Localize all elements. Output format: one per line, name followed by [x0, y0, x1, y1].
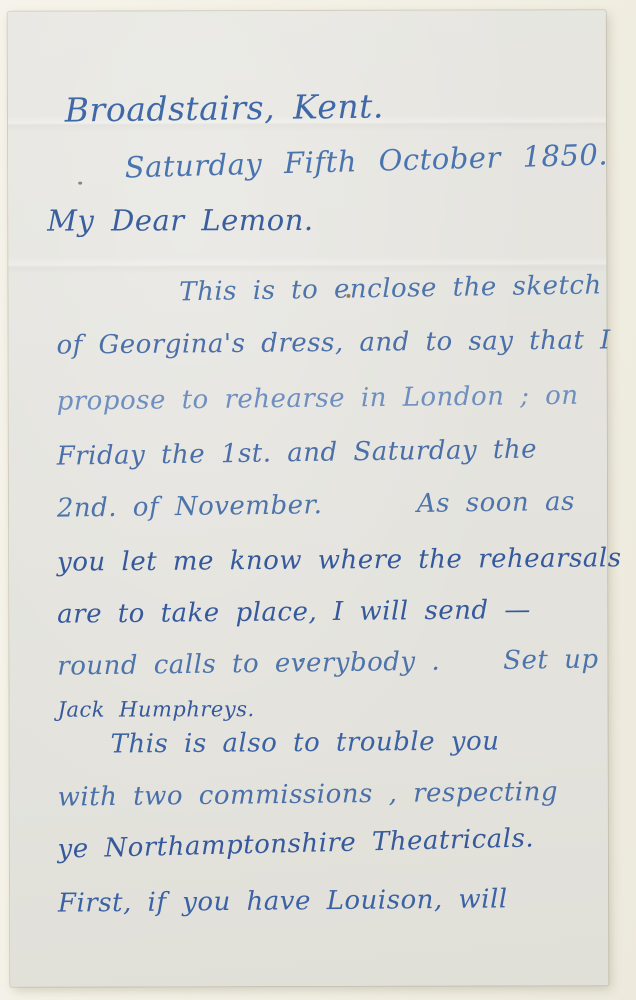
- letter-body-line: of Georgina's dress, and to say that I: [56, 325, 611, 360]
- letter-body-line: This is to enclose the sketch: [179, 270, 602, 307]
- letter-body-line: 2nd. of November. As soon as: [57, 487, 575, 524]
- paper-speck: [78, 182, 82, 185]
- letter-body-line: round calls to everybody . Set up: [57, 645, 599, 682]
- scan-background: Broadstairs, Kent. Saturday Fifth Octobe…: [0, 0, 636, 1000]
- letter-body-line: ye Northamptonshire Theatricals.: [57, 823, 534, 864]
- letter-date-line: Saturday Fifth October 1850.: [124, 137, 608, 184]
- letter-body-line: Friday the 1st. and Saturday the: [56, 435, 537, 472]
- letter-body-line: First, if you have Louison, will: [58, 884, 508, 918]
- letter-body-line: This is also to trouble you: [110, 726, 499, 759]
- letter-body-line: Jack Humphreys.: [58, 697, 255, 722]
- letter-body-line: propose to rehearse in London ; on: [56, 381, 578, 417]
- letter-salutation: My Dear Lemon.: [47, 203, 313, 238]
- letter-body-line: are to take place, I will send —: [57, 595, 531, 630]
- letter-body-line: with two commissions , respecting: [57, 777, 558, 813]
- letter-body-line: you let me know where the rehearsals: [57, 543, 622, 577]
- letter-paper: Broadstairs, Kent. Saturday Fifth Octobe…: [8, 10, 609, 987]
- letter-place-line: Broadstairs, Kent.: [65, 86, 385, 129]
